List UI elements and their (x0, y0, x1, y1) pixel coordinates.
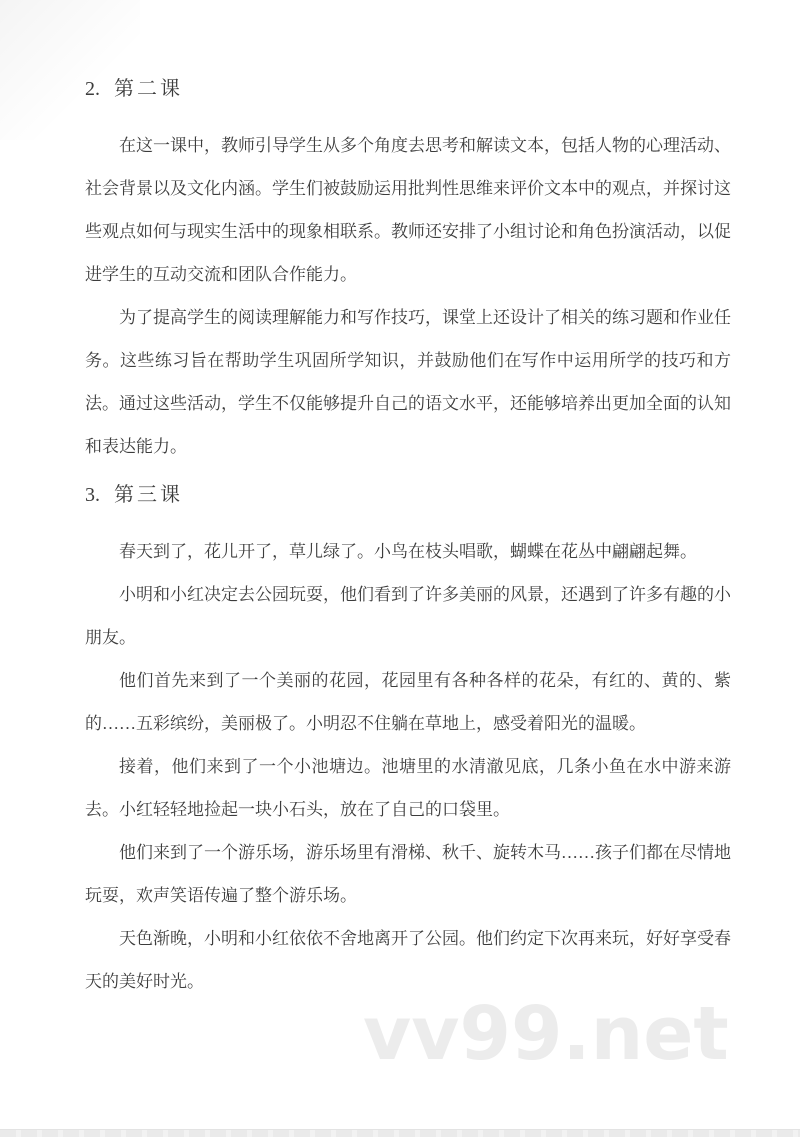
paragraph: 接着，他们来到了一个小池塘边。池塘里的水清澈见底，几条小鱼在水中游来游去。小红轻… (85, 745, 731, 831)
section-heading: 3.第三课 (85, 480, 731, 510)
paragraph: 他们来到了一个游乐场，游乐场里有滑梯、秋千、旋转木马……孩子们都在尽情地玩耍，欢… (85, 831, 731, 917)
page-bottom-separator (0, 1129, 800, 1137)
section-lesson-2: 2.第二课 在这一课中，教师引导学生从多个角度去思考和解读文本，包括人物的心理活… (85, 74, 731, 468)
section-lesson-3: 3.第三课 春天到了，花儿开了，草儿绿了。小鸟在枝头唱歌，蝴蝶在花丛中翩翩起舞。… (85, 480, 731, 1003)
paragraph: 为了提高学生的阅读理解能力和写作技巧，课堂上还设计了相关的练习题和作业任务。这些… (85, 296, 731, 468)
section-number: 2. (85, 74, 100, 104)
section-title: 第三课 (114, 484, 183, 506)
paragraph: 在这一课中，教师引导学生从多个角度去思考和解读文本，包括人物的心理活动、社会背景… (85, 124, 731, 296)
section-number: 3. (85, 480, 100, 510)
document-page: 2.第二课 在这一课中，教师引导学生从多个角度去思考和解读文本，包括人物的心理活… (0, 0, 800, 1137)
watermark: vv99.net (363, 997, 729, 1071)
paragraph: 小明和小红决定去公园玩耍，他们看到了许多美丽的风景，还遇到了许多有趣的小朋友。 (85, 573, 731, 659)
paragraph: 他们首先来到了一个美丽的花园，花园里有各种各样的花朵，有红的、黄的、紫的……五彩… (85, 659, 731, 745)
paragraph: 春天到了，花儿开了，草儿绿了。小鸟在枝头唱歌，蝴蝶在花丛中翩翩起舞。 (85, 530, 731, 573)
section-title: 第二课 (114, 78, 183, 100)
section-heading: 2.第二课 (85, 74, 731, 104)
document-content: 2.第二课 在这一课中，教师引导学生从多个角度去思考和解读文本，包括人物的心理活… (85, 74, 731, 1003)
